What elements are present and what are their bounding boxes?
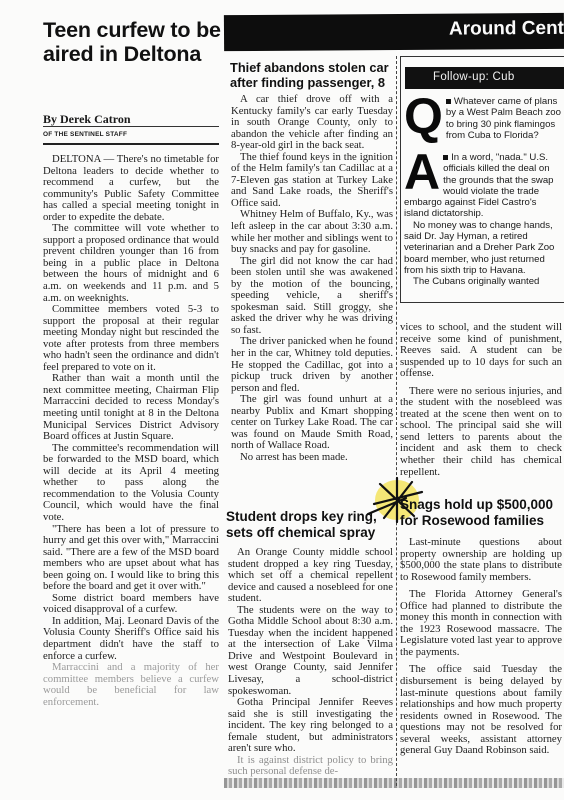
question-text: Whatever came of plans by a West Palm Be… — [446, 96, 561, 141]
paragraph: There were no serious injuries, and the … — [400, 386, 562, 478]
paragraph: The driver panicked when he found her in… — [231, 336, 393, 394]
followup-answer: A In a word, "nada." U.S. officials kill… — [404, 152, 564, 288]
paragraph: The students were on the way to Gotha Mi… — [228, 605, 393, 697]
answer-letter: A — [404, 152, 440, 192]
paragraph: The Florida Attorney General's Office ha… — [400, 589, 562, 658]
headline-rosewood: Snags hold up $500,000 for Rosewood fami… — [400, 497, 564, 529]
affiliation: OF THE SENTINEL STAFF — [43, 131, 127, 138]
paragraph: Whitney Helm of Buffalo, Ky., was left a… — [231, 209, 393, 255]
paragraph: The committee's recommendation will be f… — [43, 443, 219, 524]
paragraph: The girl was found unhurt at a nearby Pu… — [231, 394, 393, 452]
paragraph: A car thief drove off with a Kentucky fa… — [231, 94, 393, 152]
paragraph: Rather than wait a month until the next … — [43, 373, 219, 442]
article-continuation-key-ring: vices to school, and the student will re… — [400, 322, 562, 478]
bullet-square-icon — [443, 155, 448, 160]
byline-divider — [43, 126, 219, 127]
paragraph: An Orange County middle school student d… — [228, 547, 393, 605]
paragraph-faded: Marraccini and a majority of her committ… — [43, 662, 219, 708]
bullet-square-icon — [446, 99, 451, 104]
paragraph: vices to school, and the student will re… — [400, 322, 562, 380]
paragraph: Committee members voted 5-3 to support t… — [43, 304, 219, 373]
article-body-thief: A car thief drove off with a Kentucky fa… — [231, 94, 393, 464]
byline: By Derek Catron — [43, 112, 131, 127]
paragraph: DELTONA — There's no timetable for Delto… — [43, 154, 219, 223]
paragraph: Gotha Principal Jennifer Reeves said she… — [228, 697, 393, 755]
paragraph: In addition, Maj. Leonard Davis of the V… — [43, 616, 219, 662]
followup-question: Q Whatever came of plans by a West Palm … — [404, 96, 564, 141]
section-title: Around Cent — [449, 18, 564, 41]
paragraph: Some district board members have voiced … — [43, 593, 219, 616]
article-body-teen-curfew: DELTONA — There's no timetable for Delto… — [43, 154, 219, 708]
section-banner: Around Cent — [224, 13, 564, 51]
paragraph: No money was to change hands, said Dr. J… — [404, 220, 564, 276]
paragraph: The thief found keys in the ignition of … — [231, 152, 393, 210]
paragraph-faded: It is against district policy to bring s… — [228, 755, 393, 778]
followup-title: Follow-up: Cub — [433, 71, 515, 83]
article-body-rosewood: Last-minute questions about property own… — [400, 537, 562, 757]
article-body-key-ring: An Orange County middle school student d… — [228, 547, 393, 778]
paragraph: The office said Tuesday the disbursement… — [400, 664, 562, 756]
headline-teen-curfew: Teen curfew to be aired in Deltona — [43, 18, 223, 66]
paragraph: "There has been a lot of pressure to hur… — [43, 524, 219, 593]
paragraph: The committee will vote whether to suppo… — [43, 223, 219, 304]
paragraph: The girl did not know the car had been s… — [231, 256, 393, 337]
column-divider — [396, 56, 397, 786]
paragraph: Last-minute questions about property own… — [400, 537, 562, 583]
torn-edge — [224, 778, 564, 788]
question-letter: Q — [404, 96, 443, 136]
headline-thief-abandons-car: Thief abandons stolen car after finding … — [230, 60, 395, 90]
paragraph: No arrest has been made. — [231, 452, 393, 464]
followup-header: Follow-up: Cub — [405, 67, 564, 89]
affiliation-divider — [43, 143, 219, 145]
paragraph: The Cubans originally wanted — [404, 276, 564, 287]
